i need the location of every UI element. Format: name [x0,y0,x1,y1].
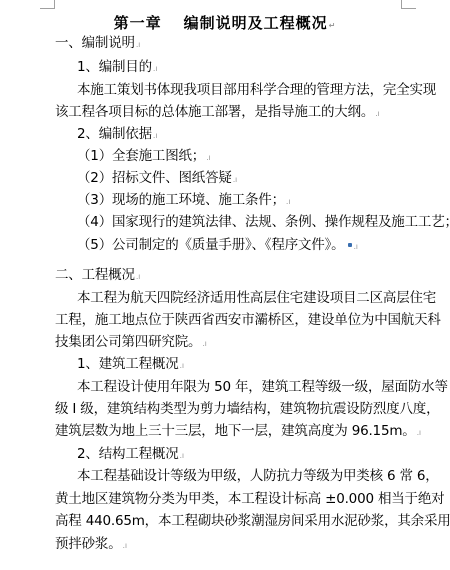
body-line: 本施工策划书体现我项目部用科学合理的管理方法，完全实现 [77,81,436,99]
text: 本工程基础设计等级为甲级，人防抗力等级为甲类核 6 常 6， [77,468,439,484]
paragraph-mark-icon: .ı [136,40,140,49]
text: 1、建筑工程概况 [77,356,179,372]
text: （4）国家现行的建筑法律、法规、条例、操作规程及施工工艺； [77,214,450,230]
subheading-basis: 2、编制依据.ı [77,125,157,145]
text: 本施工策划书体现我项目部用科学合理的管理方法，完全实现 [77,82,436,98]
text: 工程，施工地点位于陕西省西安市灞桥区，建设单位为中国航天科 [55,312,441,328]
text: 黄土地区建筑物分类为甲类，本工程设计标高 ±0.000 相当于绝对 [55,491,444,507]
body-line: 该工程各项目标的总体施工部署，是指导施工的大纲。.ı [55,103,380,123]
chapter-number: 第一章 [114,14,162,32]
paragraph-mark-icon: .ı [202,339,206,348]
paragraph-mark-icon: .ı [123,541,127,550]
list-item: （3）现场的施工环境、施工条件；.ı [77,191,290,211]
body-line: 黄土地区建筑物分类为甲类，本工程设计标高 ±0.000 相当于绝对 [55,490,444,508]
margin-corner-mark-left [40,0,55,9]
body-line: 本工程为航天四院经济适用性高层住宅建设项目二区高层住宅 [77,289,436,307]
chapter-name: 编制说明及工程概况 [184,14,328,32]
text: 建筑层数为地上三十三层，地下一层，建筑高度为 96.15m。 [55,423,416,439]
subheading-architecture: 1、建筑工程概况.ı [77,355,184,375]
paragraph-mark-icon: .ı [233,175,237,184]
paragraph-mark-icon: .ı [153,64,157,73]
paragraph-mark-icon: .ı [136,272,140,281]
subheading-purpose: 1、编制目的.ı [77,58,157,78]
text: 本工程设计使用年限为 50 年，建筑工程等级一级，屋面防水等 [77,379,448,395]
paragraph-mark-icon: .ı [153,131,157,140]
text: 级 I 级，建筑结构类型为剪力墙结构，建筑物抗震设防烈度八度， [55,401,439,417]
text: 2、结构工程概况 [77,446,179,462]
anchor-dot-icon [348,243,352,247]
text: （5）公司制定的《质量手册》、《程序文件》。 [77,237,344,253]
text: 二、工程概况 [55,267,135,283]
text: 高程 440.65m，本工程砌块砂浆潮湿房间采用水泥砂浆，其余采用 [55,513,450,529]
text: 2、编制依据 [77,126,152,142]
body-line: 本工程设计使用年限为 50 年，建筑工程等级一级，屋面防水等 [77,378,448,396]
body-line: 级 I 级，建筑结构类型为剪力墙结构，建筑物抗震设防烈度八度， [55,400,439,418]
list-item: （4）国家现行的建筑法律、法规、条例、操作规程及施工工艺；.ı [77,213,450,233]
body-line: 本工程基础设计等级为甲级，人防抗力等级为甲类核 6 常 6， [77,467,439,485]
paragraph-mark-icon: .ı [417,428,421,437]
text: 该工程各项目标的总体施工部署，是指导施工的大纲。 [55,104,374,120]
text: （1）全套施工图纸； [77,148,205,164]
text: 1、编制目的 [77,59,152,75]
paragraph-mark-icon: .ı [375,109,379,118]
section-heading-1: 一、编制说明.ı [55,34,140,54]
subheading-structure: 2、结构工程概况.ı [77,445,184,465]
section-heading-2: 二、工程概况.ı [55,266,140,286]
text: （3）现场的施工环境、施工条件； [77,192,285,208]
text: 一、编制说明 [55,35,135,51]
paragraph-mark-icon: .ı [180,451,184,460]
chapter-title: 第一章编制说明及工程概况↵ [0,12,450,33]
paragraph-mark-icon: ↵ [329,21,337,30]
paragraph-mark-icon: .ı [286,197,290,206]
body-line: 工程，施工地点位于陕西省西安市灞桥区，建设单位为中国航天科 [55,311,441,329]
list-item: （1）全套施工图纸；.ı [77,147,210,167]
body-line: 预拌砂浆。.ı [55,535,127,555]
text: 技集团公司第四研究院。 [55,334,201,350]
body-line: 技集团公司第四研究院。.ı [55,333,207,353]
text: 本工程为航天四院经济适用性高层住宅建设项目二区高层住宅 [77,290,436,306]
margin-corner-mark-right [401,0,416,9]
paragraph-mark-icon: .ı [353,242,357,251]
list-item: （5）公司制定的《质量手册》、《程序文件》。.ı [77,236,358,256]
body-line: 高程 440.65m，本工程砌块砂浆潮湿房间采用水泥砂浆，其余采用 [55,512,450,530]
list-item: （2）招标文件、图纸答疑.ı [77,169,237,189]
text: 预拌砂浆。 [55,536,122,552]
body-line: 建筑层数为地上三十三层，地下一层，建筑高度为 96.15m。.ı [55,422,421,442]
paragraph-mark-icon: .ı [180,361,184,370]
text: （2）招标文件、图纸答疑 [77,170,232,186]
paragraph-mark-icon: .ı [206,153,210,162]
